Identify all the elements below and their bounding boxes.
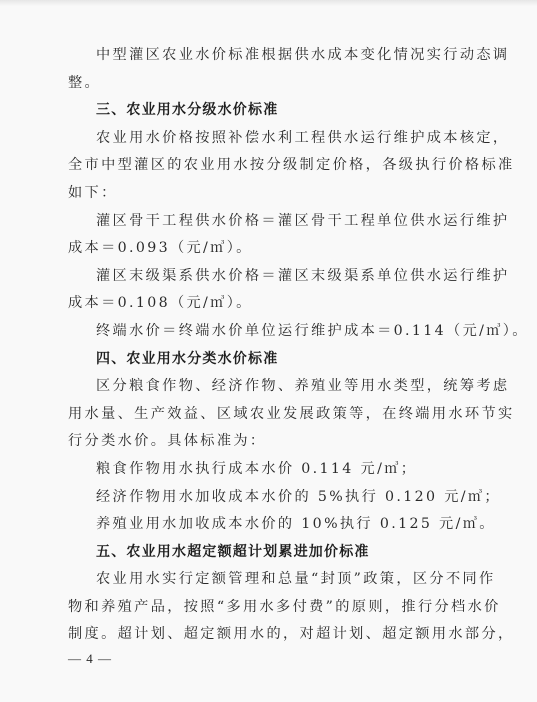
body-line: 农业用水实行定额管理和总量“封顶”政策，区分不同作 (68, 566, 464, 594)
body-line: 终端水价＝终端水价单位运行维护成本＝0.114（元/㎥）。 (68, 318, 464, 346)
body-line: 物和养殖产品，按照“多用水多付费”的原则，推行分档水价 (68, 594, 464, 622)
document-page: 中型灌区农业水价标准根据供水成本变化情况实行动态调 整。 三、农业用水分级水价标… (68, 42, 464, 649)
body-line: 灌区骨干工程供水价格＝灌区骨干工程单位供水运行维护 (68, 208, 464, 236)
section-heading-3: 三、农业用水分级水价标准 (68, 97, 464, 125)
body-line: 如下： (68, 180, 464, 208)
body-line: 区分粮食作物、经济作物、养殖业等用水类型，统筹考虑 (68, 373, 464, 401)
body-line: 成本＝0.108（元/㎥）。 (68, 290, 464, 318)
body-line: 中型灌区农业水价标准根据供水成本变化情况实行动态调 (68, 42, 464, 70)
body-line: 制度。超计划、超定额用水的，对超计划、超定额用水部分， (68, 621, 464, 649)
body-line: 经济作物用水加收成本水价的 5%执行 0.120 元/㎥； (68, 484, 464, 512)
body-line: 农业用水价格按照补偿水利工程供水运行维护成本核定， (68, 125, 464, 153)
section-heading-5: 五、农业用水超定额超计划累进加价标准 (68, 539, 464, 567)
body-line: 用水量、生产效益、区域农业发展政策等，在终端用水环节实 (68, 401, 464, 429)
top-edge-shadow (0, 0, 537, 6)
page-number: — 4 — (68, 651, 112, 667)
body-line: 行分类水价。具体标准为： (68, 428, 464, 456)
body-line: 整。 (68, 70, 464, 98)
section-heading-4: 四、农业用水分类水价标准 (68, 346, 464, 374)
body-line: 全市中型灌区的农业用水按分级制定价格，各级执行价格标准 (68, 152, 464, 180)
body-line: 养殖业用水加收成本水价的 10%执行 0.125 元/㎥。 (68, 511, 464, 539)
body-line: 成本＝0.093（元/㎥）。 (68, 235, 464, 263)
body-line: 灌区末级渠系供水价格＝灌区末级渠系单位供水运行维护 (68, 263, 464, 291)
body-line: 粮食作物用水执行成本水价 0.114 元/㎥； (68, 456, 464, 484)
